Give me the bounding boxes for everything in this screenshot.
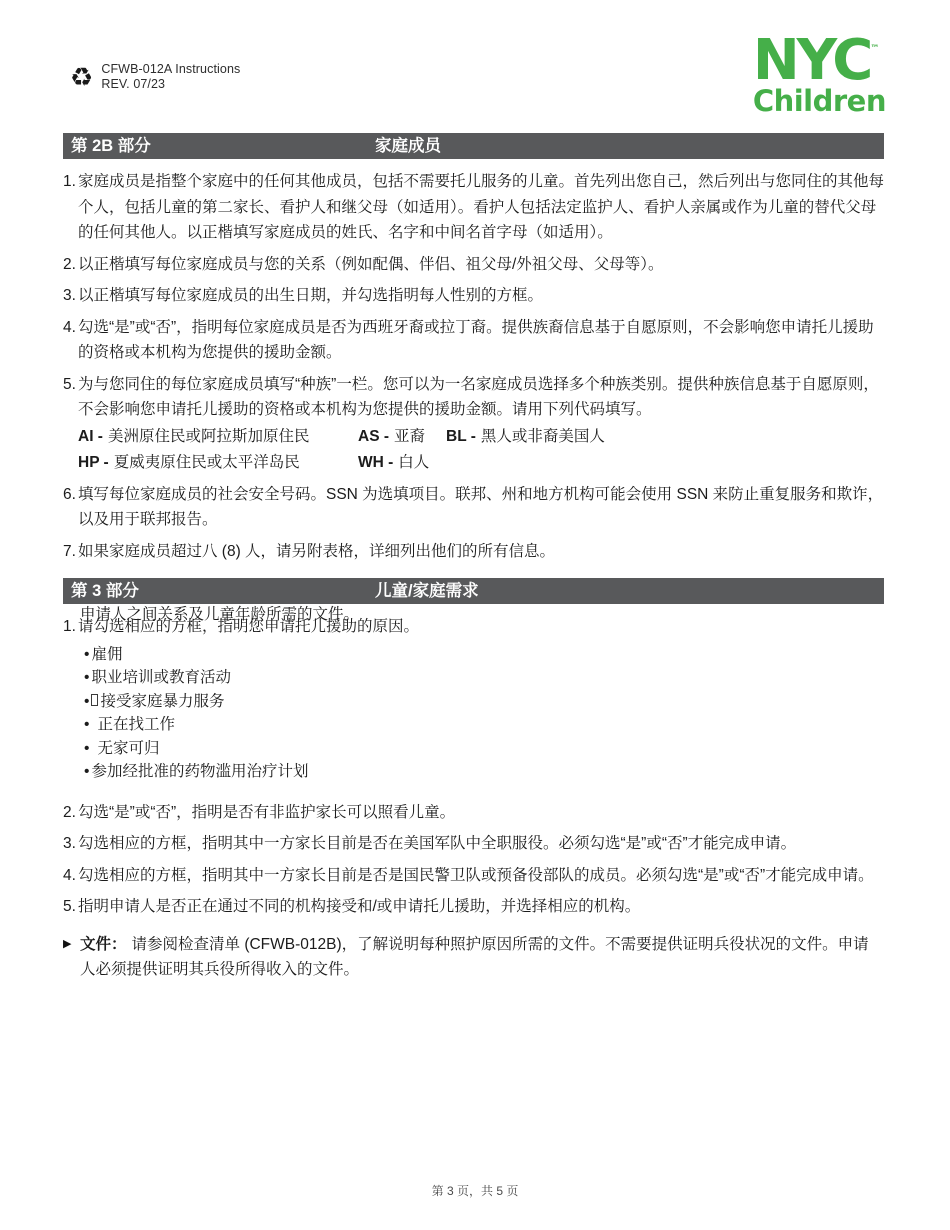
logo-nyc-text: NYC™ (753, 24, 886, 86)
bullet-icon: • (84, 690, 89, 714)
section-3-header: 第 3 部分 儿童/家庭需求 (63, 578, 884, 604)
recycle-icon: ♻ (70, 64, 93, 90)
item-number: 7. (63, 539, 78, 565)
race-code-label: 黑人或非裔美国人 (481, 428, 605, 445)
instruction-item: 5. 指明申请人是否正在通过不同的机构接受和/或申请托儿援助，并选择相应的机构。 (63, 894, 884, 920)
documents-note: ▶ 文件：请参阅检查清单 (CFWB-012B)，了解说明每种照护原因所需的文件… (63, 932, 884, 983)
bullet-item: •无家可归 (84, 737, 884, 761)
item-number: 6. (63, 482, 78, 533)
race-code: WH - (358, 454, 393, 471)
instruction-item: 3. 勾选相应的方框，指明其中一方家长目前是否在美国军队中全职服役。必须勾选“是… (63, 831, 884, 857)
item-number: 2. (63, 252, 78, 278)
note-body: 文件：请参阅检查清单 (CFWB-012B)，了解说明每种照护原因所需的文件。不… (80, 932, 884, 983)
item-text: 勾选“是”或“否”，指明每位家庭成员是否为西班牙裔或拉丁裔。提供族裔信息基于自愿… (78, 315, 884, 366)
doc-revision: REV. 07/23 (101, 77, 240, 92)
item-text: 请勾选相应的方框，指明您申请托儿援助的原因。 (78, 614, 884, 640)
item-number: 3. (63, 831, 78, 857)
instruction-item: 5. 为与您同住的每位家庭成员填写“种族”一栏。您可以为一名家庭成员选择多个种族… (63, 372, 884, 476)
logo-children-text: Children (753, 87, 886, 115)
instruction-item: 2. 勾选“是”或“否”，指明是否有非监护家长可以照看儿童。 (63, 800, 884, 826)
race-code-cell: HP -夏威夷原住民或太平洋岛民 (78, 450, 358, 476)
bullet-icon: • (84, 760, 89, 784)
instruction-item: 3. 以正楷填写每位家庭成员的出生日期，并勾选指明每人性别的方框。 (63, 283, 884, 309)
instruction-item: 4. 勾选“是”或“否”，指明每位家庭成员是否为西班牙裔或拉丁裔。提供族裔信息基… (63, 315, 884, 366)
race-code-cell: WH -白人 (358, 450, 429, 476)
bullet-item: •雇佣 (84, 643, 884, 667)
item-number: 4. (63, 315, 78, 366)
item-text: 勾选“是”或“否”，指明是否有非监护家长可以照看儿童。 (78, 800, 884, 826)
race-code-label: 夏威夷原住民或太平洋岛民 (114, 454, 300, 471)
missing-glyph-box (91, 694, 98, 706)
item-text: 勾选相应的方框，指明其中一方家长目前是否在美国军队中全职服役。必须勾选“是”或“… (78, 831, 884, 857)
item-text: 为与您同住的每位家庭成员填写“种族”一栏。您可以为一名家庭成员选择多个种族类别。… (78, 372, 884, 423)
bullet-item: •参加经批准的药物滥用治疗计划 (84, 760, 884, 784)
race-code-label: 美洲原住民或阿拉斯加原住民 (108, 428, 310, 445)
item-text: 以正楷填写每位家庭成员与您的关系（例如配偶、伴侣、祖父母/外祖父母、父母等）。 (78, 252, 884, 278)
note-text: 请参阅检查清单 (CFWB-012B)，了解说明每种照护原因所需的文件。不需要提… (80, 936, 869, 979)
item-text: 如果家庭成员超过八 (8) 人，请另附表格，详细列出他们的所有信息。 (78, 539, 884, 565)
instruction-item: 1. 家庭成员是指整个家庭中的任何其他成员，包括不需要托儿服务的儿童。首先列出您… (63, 169, 884, 246)
item-body: 请勾选相应的方框，指明您申请托儿援助的原因。 •雇佣 •职业培训或教育活动 •接… (78, 614, 884, 794)
bullet-item: •正在找工作 (84, 713, 884, 737)
item-text: 指明申请人是否正在通过不同的机构接受和/或申请托儿援助，并选择相应的机构。 (78, 894, 884, 920)
race-codes-row: AI -美洲原住民或阿拉斯加原住民 AS -亚裔 BL -黑人或非裔美国人 (78, 424, 884, 450)
nyc-children-logo: NYC™ Children (753, 24, 886, 115)
section-title-left: 第 2B 部分 (71, 137, 151, 155)
note-label: 文件： (80, 936, 127, 953)
bullet-text: 正在找工作 (97, 716, 175, 733)
bullet-text: 参加经批准的药物滥用治疗计划 (91, 763, 308, 780)
document-header: ♻ CFWB-012A Instructions REV. 07/23 (70, 62, 240, 92)
page-number: 第 3 页，共 5 页 (432, 1184, 519, 1198)
item-number: 3. (63, 283, 78, 309)
item-number: 2. (63, 800, 78, 826)
bullet-text: 雇佣 (91, 646, 122, 663)
section-3: 第 3 部分 儿童/家庭需求 1. 请勾选相应的方框，指明您申请托儿援助的原因。… (63, 578, 884, 983)
item-number: 1. (63, 169, 78, 246)
bullet-text: 无家可归 (97, 740, 159, 757)
instruction-item: 2. 以正楷填写每位家庭成员与您的关系（例如配偶、伴侣、祖父母/外祖父母、父母等… (63, 252, 884, 278)
race-code-label: 亚裔 (394, 428, 425, 445)
race-code: BL - (446, 428, 476, 445)
item-text: 以正楷填写每位家庭成员的出生日期，并勾选指明每人性别的方框。 (78, 283, 884, 309)
race-code-label: 白人 (398, 454, 429, 471)
race-code-cell: BL -黑人或非裔美国人 (446, 424, 605, 450)
page-footer: 第 3 页，共 5 页 (0, 1182, 950, 1199)
reason-bullets: •雇佣 •职业培训或教育活动 •接受家庭暴力服务 •正在找工作 •无家可归 •参… (84, 643, 884, 784)
item-text: 勾选相应的方框，指明其中一方家长目前是否是国民警卫队或预备役部队的成员。必须勾选… (78, 863, 884, 889)
bullet-icon: • (84, 713, 89, 737)
item-number: 5. (63, 372, 78, 476)
section-2b: 第 2B 部分 家庭成员 1. 家庭成员是指整个家庭中的任何其他成员，包括不需要… (63, 133, 884, 627)
item-text: 家庭成员是指整个家庭中的任何其他成员，包括不需要托儿服务的儿童。首先列出您自己，… (78, 169, 884, 246)
section-title-right: 家庭成员 (375, 133, 441, 159)
instruction-item: 4. 勾选相应的方框，指明其中一方家长目前是否是国民警卫队或预备役部队的成员。必… (63, 863, 884, 889)
race-code-cell: AS -亚裔 (358, 424, 446, 450)
bullet-text: 接受家庭暴力服务 (100, 693, 224, 710)
race-code: AI - (78, 428, 103, 445)
bullet-item: •接受家庭暴力服务 (84, 690, 884, 714)
race-code: HP - (78, 454, 109, 471)
item-number: 4. (63, 863, 78, 889)
trademark-symbol: ™ (870, 44, 879, 54)
item-text: 填写每位家庭成员的社会安全号码。SSN 为选填项目。联邦、州和地方机构可能会使用… (78, 482, 884, 533)
bullet-icon: • (84, 737, 89, 761)
doc-id: CFWB-012A Instructions (101, 62, 240, 77)
item-number: 5. (63, 894, 78, 920)
instruction-item: 7. 如果家庭成员超过八 (8) 人，请另附表格，详细列出他们的所有信息。 (63, 539, 884, 565)
document-page: ♻ CFWB-012A Instructions REV. 07/23 NYC™… (0, 0, 950, 1230)
race-code-cell: AI -美洲原住民或阿拉斯加原住民 (78, 424, 358, 450)
doc-meta: CFWB-012A Instructions REV. 07/23 (101, 62, 240, 92)
bullet-text: 职业培训或教育活动 (91, 669, 231, 686)
section-title-right: 儿童/家庭需求 (375, 578, 479, 604)
item-body: 为与您同住的每位家庭成员填写“种族”一栏。您可以为一名家庭成员选择多个种族类别。… (78, 372, 884, 476)
section-2b-header: 第 2B 部分 家庭成员 (63, 133, 884, 159)
race-codes-row: HP -夏威夷原住民或太平洋岛民 WH -白人 (78, 450, 884, 476)
section-title-left: 第 3 部分 (71, 582, 139, 600)
bullet-icon: • (84, 643, 89, 667)
race-code: AS - (358, 428, 389, 445)
instruction-item: 6. 填写每位家庭成员的社会安全号码。SSN 为选填项目。联邦、州和地方机构可能… (63, 482, 884, 533)
bullet-icon: • (84, 666, 89, 690)
instruction-item: 1. 请勾选相应的方框，指明您申请托儿援助的原因。 •雇佣 •职业培训或教育活动… (63, 614, 884, 794)
item-number: 1. (63, 614, 78, 794)
triangle-right-icon: ▶ (63, 932, 80, 983)
race-codes: AI -美洲原住民或阿拉斯加原住民 AS -亚裔 BL -黑人或非裔美国人 HP… (78, 424, 884, 476)
bullet-item: •职业培训或教育活动 (84, 666, 884, 690)
